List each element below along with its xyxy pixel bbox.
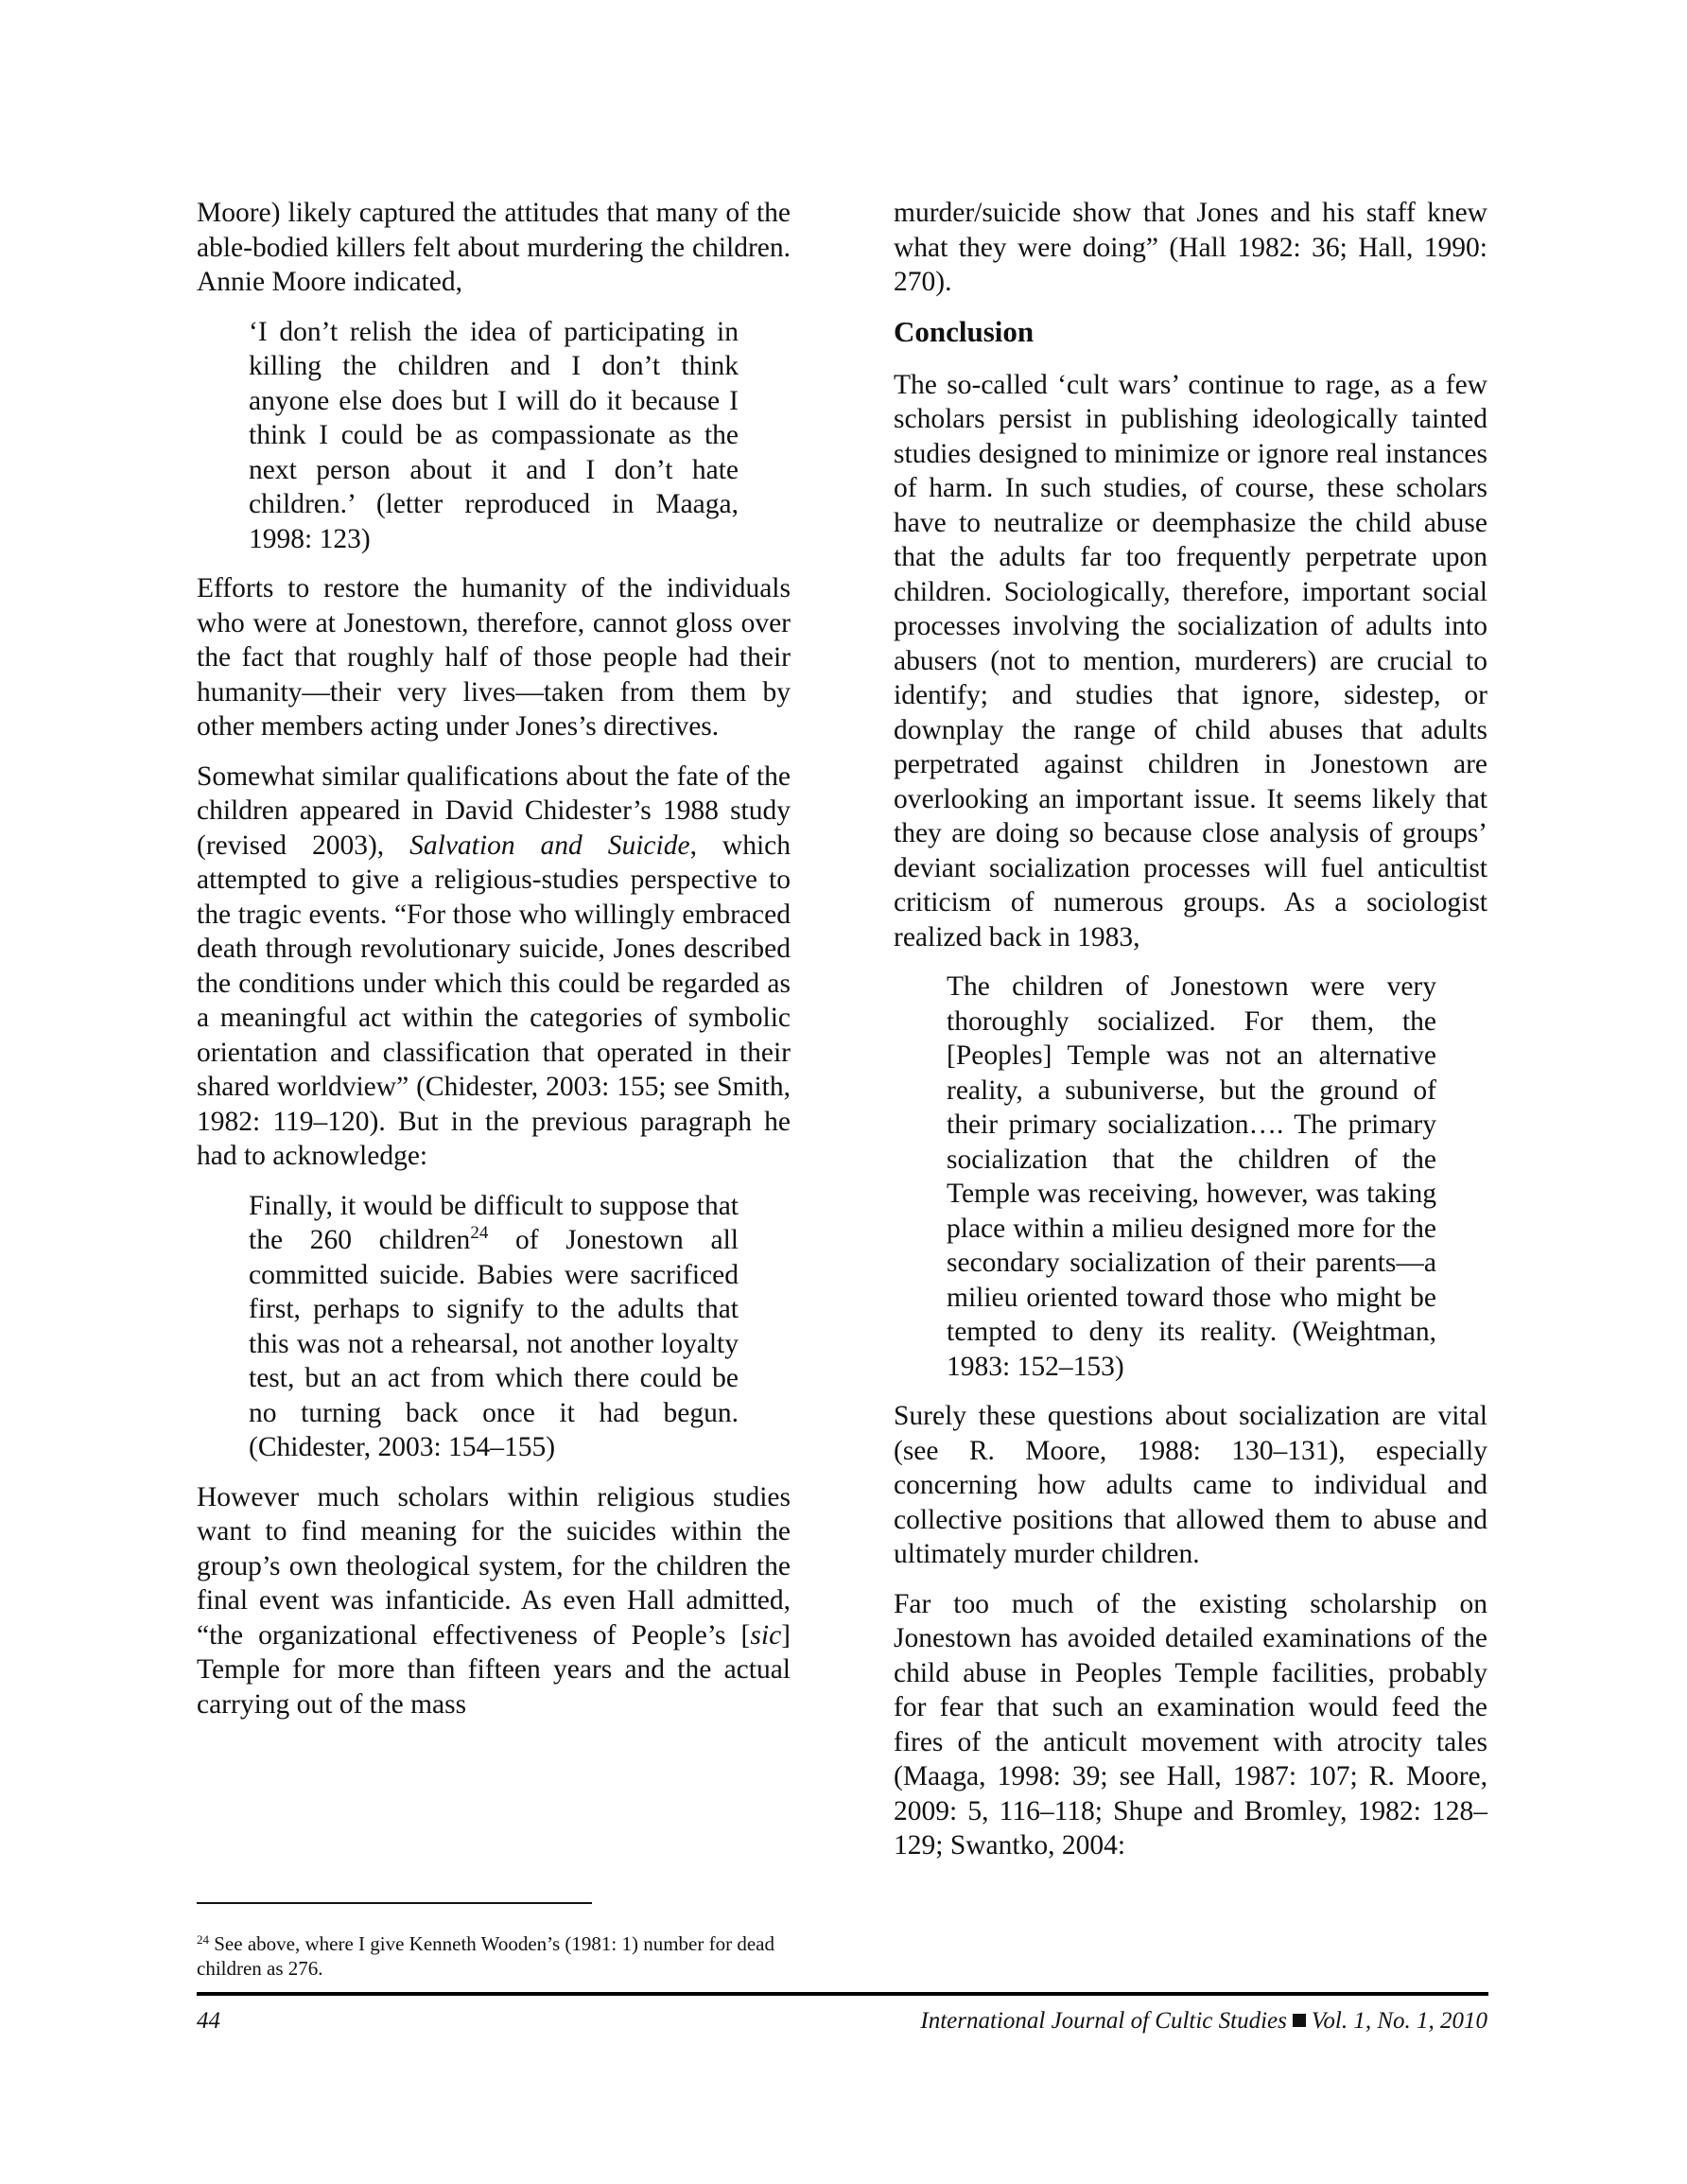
footnote-divider: [197, 1902, 592, 1904]
journal-page: Moore) likely captured the attitudes tha…: [0, 0, 1687, 2184]
page-number: 44: [197, 2007, 220, 2035]
text-run: , which attempted to give a religious-st…: [197, 830, 791, 1172]
footnote-number: 24: [197, 1932, 209, 1947]
footer-divider: [197, 1992, 1488, 1996]
paragraph: Moore) likely captured the attitudes tha…: [197, 196, 791, 300]
right-column: murder/suicide show that Jones and his s…: [894, 196, 1487, 1878]
paragraph: However much scholars within religious s…: [197, 1480, 791, 1722]
left-column: Moore) likely captured the attitudes tha…: [197, 196, 791, 1737]
footnote: 24 See above, where I give Kenneth Woode…: [197, 1931, 791, 1981]
running-footer: International Journal of Cultic StudiesV…: [920, 2007, 1487, 2035]
block-quote-chidester: Finally, it would be difficult to suppos…: [197, 1189, 791, 1465]
paragraph: Somewhat similar qualifications about th…: [197, 760, 791, 1174]
block-quote-annie-moore: ‘I don’t relish the idea of participatin…: [197, 315, 791, 557]
journal-title: International Journal of Cultic Studies: [920, 2008, 1286, 2034]
text-run: However much scholars within religious s…: [197, 1482, 791, 1651]
black-square-icon: [1293, 2014, 1306, 2027]
paragraph: The so-called ‘cult wars’ continue to ra…: [894, 368, 1487, 955]
text-run: of Jonestown all committed suicide. Babi…: [249, 1225, 739, 1462]
paragraph: Surely these questions about socializati…: [894, 1399, 1487, 1572]
book-title-italic: Salvation and Suicide: [409, 830, 689, 861]
sic-italic: sic: [750, 1620, 781, 1651]
paragraph: Far too much of the existing scholarship…: [894, 1587, 1487, 1863]
footnote-text: See above, where I give Kenneth Wooden’s…: [197, 1932, 774, 1980]
volume-info: Vol. 1, No. 1, 2010: [1312, 2008, 1487, 2034]
footnote-reference[interactable]: 24: [470, 1223, 488, 1243]
paragraph: Efforts to restore the humanity of the i…: [197, 571, 791, 744]
block-quote-weightman: The children of Jonestown were very thor…: [894, 970, 1487, 1384]
section-heading: Conclusion: [894, 315, 1487, 349]
paragraph: murder/suicide show that Jones and his s…: [894, 196, 1487, 300]
